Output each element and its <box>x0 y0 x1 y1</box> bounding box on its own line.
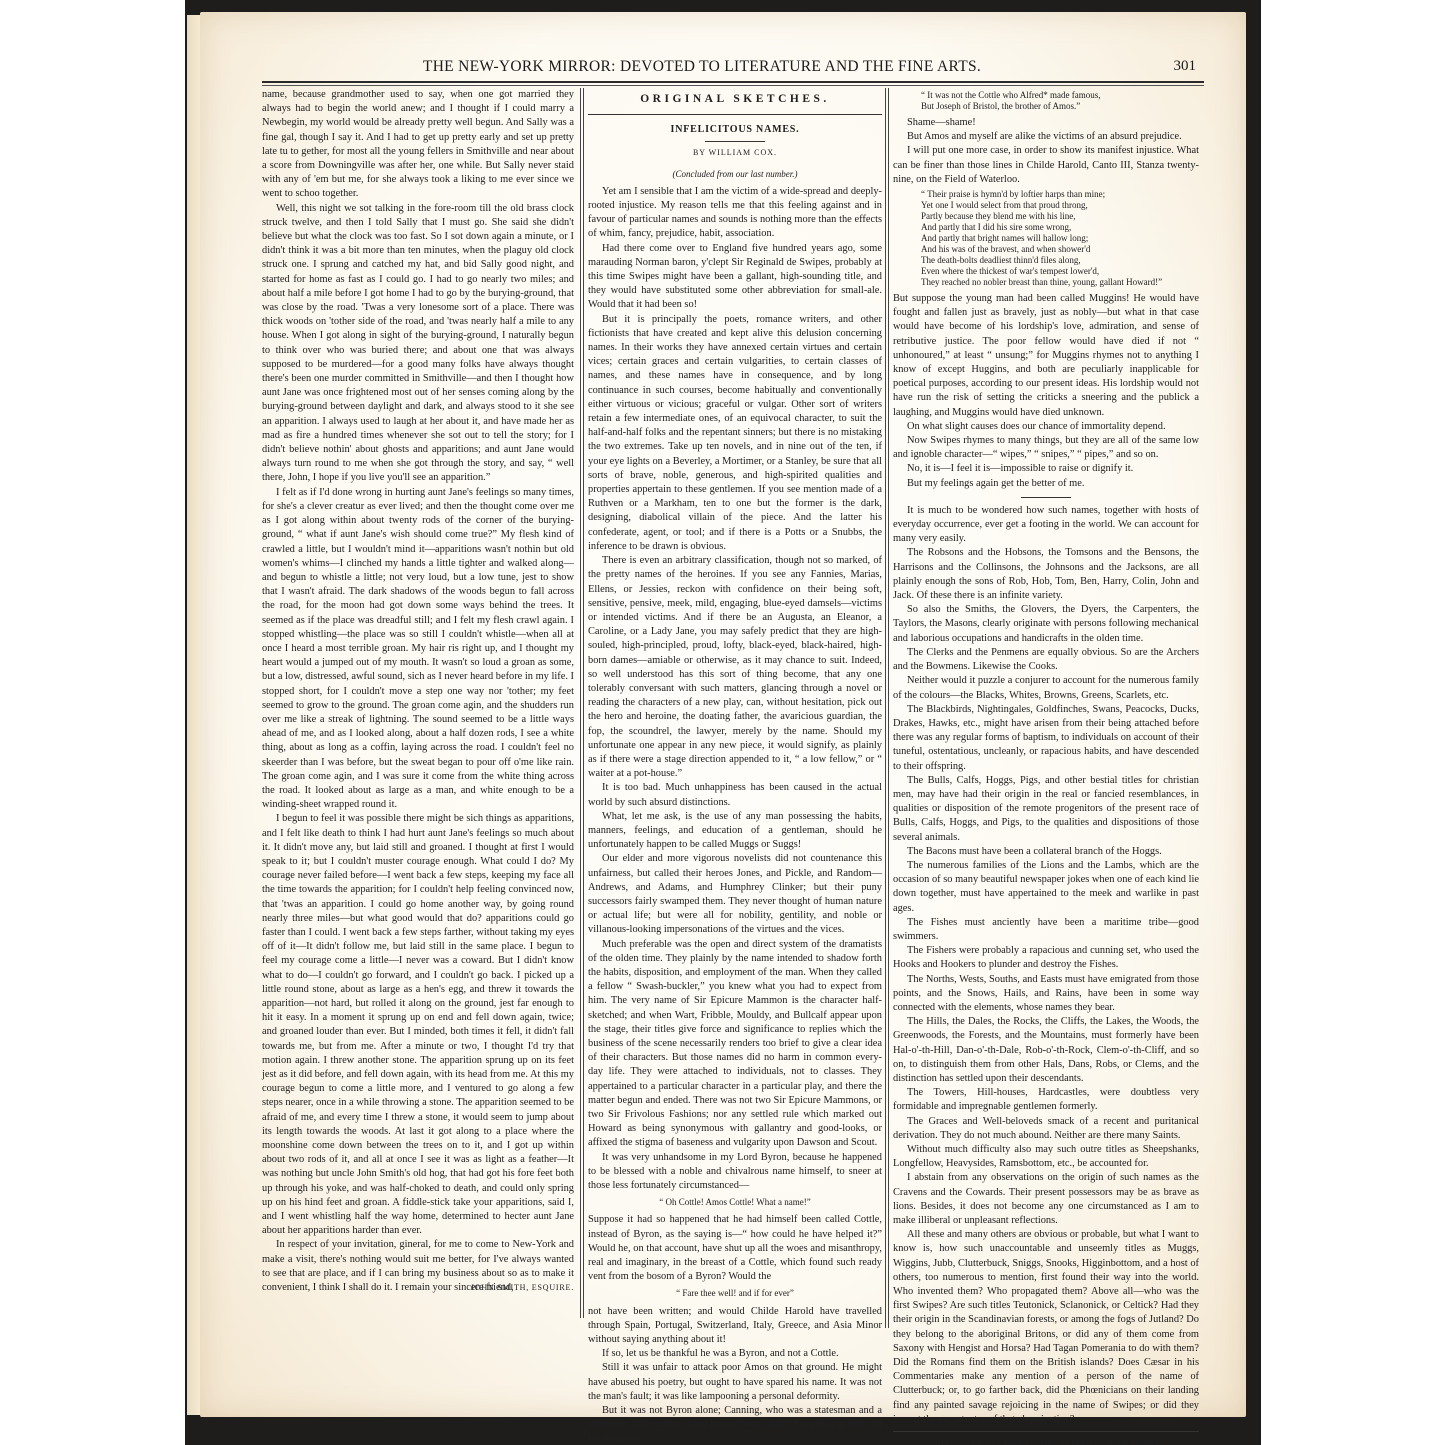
continuation-note: (Concluded from our last number.) <box>588 167 882 181</box>
page-number: 301 <box>1174 58 1197 75</box>
column-1: name, because grandmother used to say, w… <box>262 88 574 1295</box>
paragraph: Suppose it had so happened that he had h… <box>588 1213 882 1284</box>
paragraph: The Robsons and the Hobsons, the Tomsons… <box>893 546 1199 603</box>
masthead-title: THE NEW-YORK MIRROR: DEVOTED TO LITERATU… <box>262 58 1142 76</box>
paragraph: What, let me ask, is the use of any man … <box>588 810 882 853</box>
paragraph: If so, let us be thankful he was a Byron… <box>588 1347 882 1361</box>
paragraph: But Amos and myself are alike the victim… <box>893 130 1199 144</box>
paragraph: The Towers, Hill-houses, Hardcastles, we… <box>893 1086 1199 1114</box>
paragraph: But it is principally the poets, romance… <box>588 313 882 554</box>
header-rule-thin <box>262 85 1204 86</box>
paragraph: The numerous families of the Lions and t… <box>893 859 1199 916</box>
paragraph: The Fishers were probably a rapacious an… <box>893 944 1199 972</box>
title-rule <box>705 141 765 142</box>
paragraph: I felt as if I'd done wrong in hurting a… <box>262 486 574 813</box>
paragraph: Shame—shame! <box>893 116 1199 130</box>
section-break-rule <box>1021 497 1071 498</box>
epigraph: “ It was not the Cottle who Alfred* made… <box>893 90 1199 112</box>
paragraph: The Norths, Wests, Souths, and Easts mus… <box>893 973 1199 1016</box>
header-rule <box>262 81 1204 83</box>
paragraph: The Bacons must have been a collateral b… <box>893 845 1199 859</box>
paragraph: Well, this night we sot talking in the f… <box>262 202 574 486</box>
article-title: INFELICITOUS NAMES. <box>588 123 882 137</box>
paragraph: The Bulls, Calfs, Hoggs, Pigs, and other… <box>893 774 1199 845</box>
paragraph: So also the Smiths, the Glovers, the Dye… <box>893 603 1199 646</box>
footnote-rule <box>893 1431 1199 1432</box>
paragraph: not have been written; and would Childe … <box>588 1305 882 1348</box>
column-2: ORIGINAL SKETCHES. INFELICITOUS NAMES. B… <box>588 88 882 1445</box>
paragraph: I abstain from any observations on the o… <box>893 1171 1199 1228</box>
paragraph: The Hills, the Dales, the Rocks, the Cli… <box>893 1015 1199 1086</box>
paragraph: I begun to feel it was possible there mi… <box>262 812 574 1238</box>
paragraph: But it was not Byron alone; Canning, who… <box>588 1404 882 1445</box>
paragraph: But suppose the young man had been calle… <box>893 292 1199 420</box>
paragraph: Without much difficulty also may such ou… <box>893 1143 1199 1171</box>
paragraph: Had there come over to England five hund… <box>588 242 882 313</box>
binding-edge <box>187 15 201 1415</box>
paragraph: The Fishes must anciently have been a ma… <box>893 916 1199 944</box>
paragraph: Our elder and more vigorous novelists di… <box>588 852 882 937</box>
paragraph: It is much to be wondered how such names… <box>893 504 1199 547</box>
column-divider <box>888 88 889 1328</box>
quotation: “ Oh Cottle! Amos Cottle! What a name!” <box>588 1195 882 1209</box>
paragraph: Yet am I sensible that I am the victim o… <box>588 185 882 242</box>
column-divider <box>885 88 886 1328</box>
paragraph: Now Swipes rhymes to many things, but th… <box>893 434 1199 462</box>
paragraph: Neither would it puzzle a conjurer to ac… <box>893 674 1199 702</box>
section-rule <box>588 114 882 115</box>
paragraph: name, because grandmother used to say, w… <box>262 88 574 202</box>
column-divider <box>580 88 581 1318</box>
column-3: “ It was not the Cottle who Alfred* made… <box>893 88 1199 1445</box>
column-divider <box>583 88 584 1318</box>
paragraph: But my feelings again get the better of … <box>893 477 1199 491</box>
byline: BY WILLIAM COX. <box>588 146 882 160</box>
paragraph: The Graces and Well-beloveds smack of a … <box>893 1115 1199 1143</box>
section-heading: ORIGINAL SKETCHES. <box>588 92 882 106</box>
paragraph: No, it is—I feel it is—impossible to rai… <box>893 462 1199 476</box>
paragraph: Much preferable was the open and direct … <box>588 938 882 1151</box>
paragraph: It was very unhandsome in my Lord Byron,… <box>588 1151 882 1194</box>
paragraph: The Clerks and the Penmens are equally o… <box>893 646 1199 674</box>
running-header: THE NEW-YORK MIRROR: DEVOTED TO LITERATU… <box>262 58 1202 80</box>
paragraph: I will put one more case, in order to sh… <box>893 144 1199 187</box>
paragraph: All these and many others are obvious or… <box>893 1228 1199 1427</box>
poem-stanza: “ Their praise is hymn'd by loftier harp… <box>893 189 1199 288</box>
paragraph: On what slight causes does our chance of… <box>893 420 1199 434</box>
quotation: “ Fare thee well! and if for ever” <box>588 1286 882 1300</box>
paragraph: The Blackbirds, Nightingales, Goldfinche… <box>893 703 1199 774</box>
footnote: * He wrote a foolish epick, of which Alf… <box>893 1435 1199 1445</box>
paragraph: There is even an arbitrary classificatio… <box>588 554 882 781</box>
paragraph: Still it was unfair to attack poor Amos … <box>588 1361 882 1404</box>
paragraph: It is too bad. Much unhappiness has been… <box>588 781 882 809</box>
